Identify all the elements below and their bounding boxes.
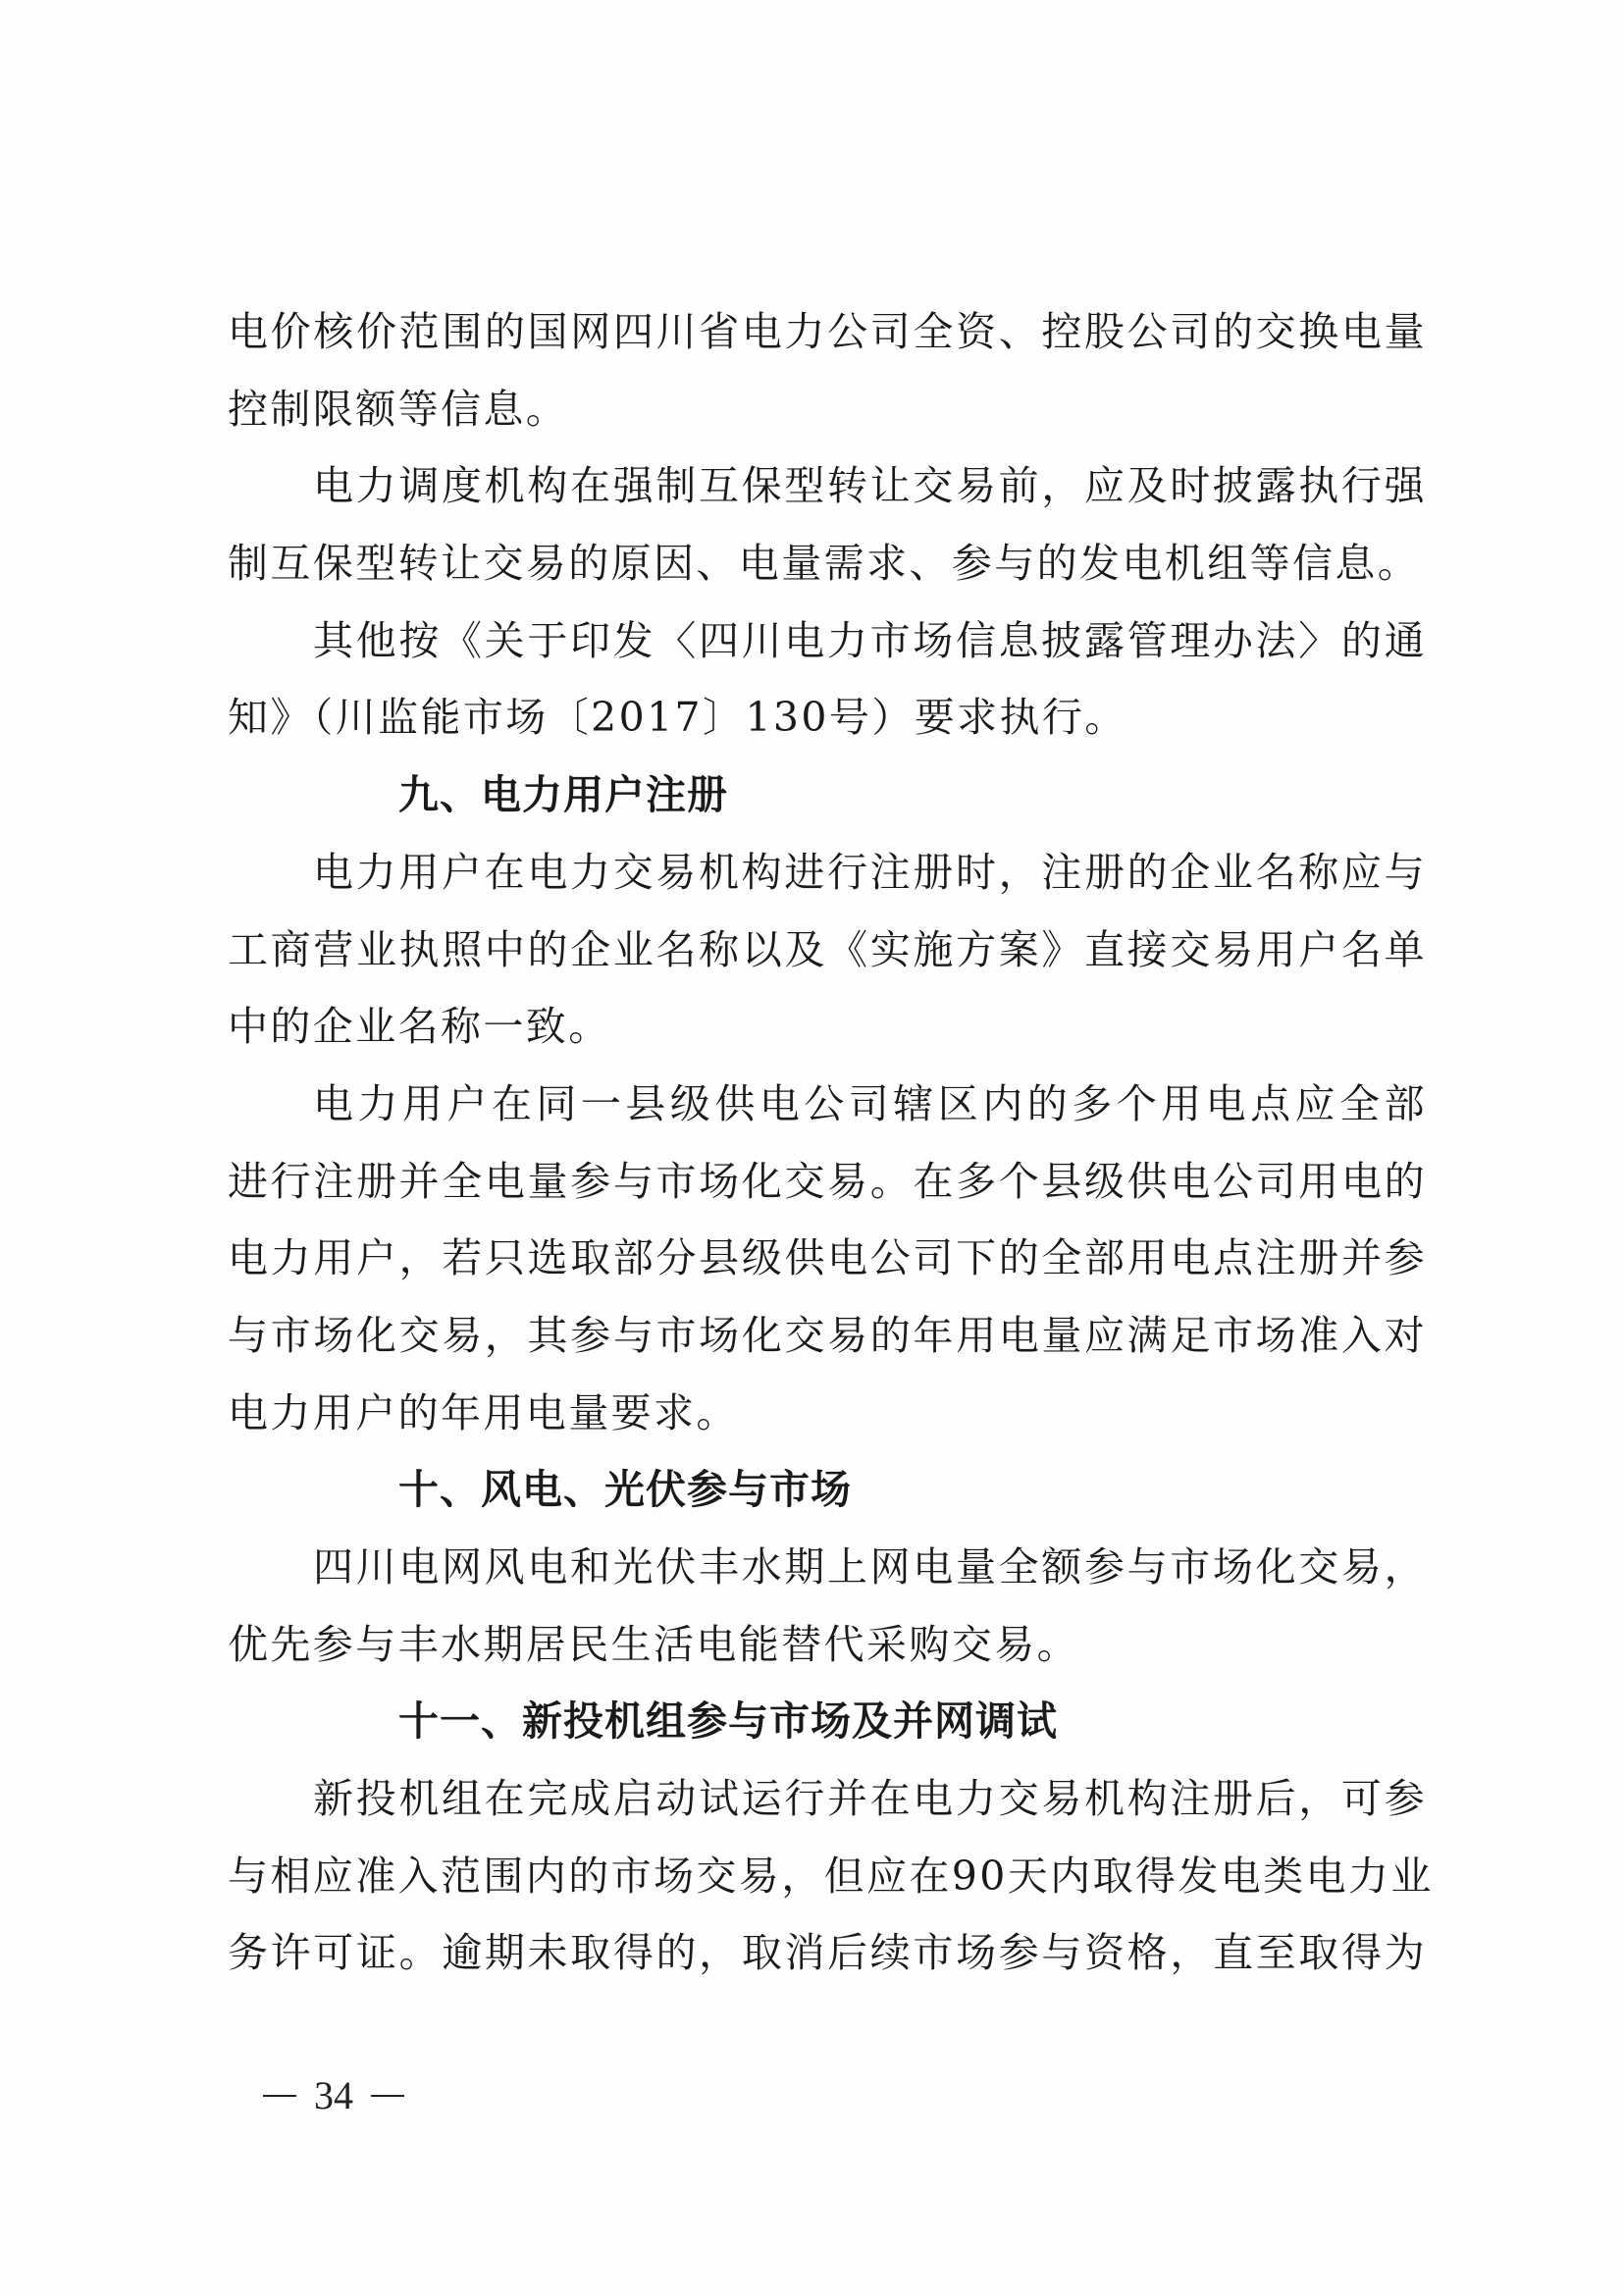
text-line: 知》（川监能市场〔2017〕130号）要求执行。 [228,679,1427,757]
heading-text: 十一、新投机组参与市场及并网调试 [228,1683,1427,1760]
heading-text: 九、电力用户注册 [228,757,1427,834]
text-line: 与市场化交易，其参与市场化交易的年用电量应满足市场准入对 [228,1297,1427,1375]
dash-right-icon [371,2095,404,2097]
text-line: 进行注册并全电量参与市场化交易。在多个县级供电公司用电的 [228,1143,1427,1221]
text-line: 电价核价范围的国网四川省电力公司全资、控股公司的交换电量 [228,293,1427,371]
text-line: 控制限额等信息。 [228,371,1427,448]
text-line: 电力调度机构在强制互保型转让交易前，应及时披露执行强 [228,447,1427,525]
text-line: 电力用户在同一县级供电公司辖区内的多个用电点应全部 [228,1066,1427,1143]
section-heading-10: 十、风电、光伏参与市场 [228,1451,1427,1529]
section-heading-9: 九、电力用户注册 [228,757,1427,834]
text-line: 工商营业执照中的企业名称以及《实施方案》直接交易用户名单 [228,912,1427,989]
section-heading-11: 十一、新投机组参与市场及并网调试 [228,1683,1427,1760]
text-line: 电力用户，若只选取部分县级供电公司下的全部用电点注册并参 [228,1220,1427,1297]
document-body: 电价核价范围的国网四川省电力公司全资、控股公司的交换电量 控制限额等信息。 电力… [228,293,1427,1992]
text-line: 制互保型转让交易的原因、电量需求、参与的发电机组等信息。 [228,525,1427,602]
dash-left-icon [263,2095,296,2097]
page-number-value: 34 [314,2072,353,2118]
heading-text: 十、风电、光伏参与市场 [228,1451,1427,1529]
page-number: 34 [263,2072,404,2118]
text-line: 与相应准入范围内的市场交易，但应在90天内取得发电类电力业 [228,1838,1427,1915]
text-line: 中的企业名称一致。 [228,988,1427,1066]
document-page: 电价核价范围的国网四川省电力公司全资、控股公司的交换电量 控制限额等信息。 电力… [0,0,1623,2296]
text-line: 新投机组在完成启动试运行并在电力交易机构注册后，可参 [228,1760,1427,1838]
text-line: 其他按《关于印发〈四川电力市场信息披露管理办法〉的通 [228,602,1427,680]
text-line: 四川电网风电和光伏丰水期上网电量全额参与市场化交易， [228,1529,1427,1606]
text-line: 电力用户的年用电量要求。 [228,1375,1427,1452]
text-line: 务许可证。逾期未取得的，取消后续市场参与资格，直至取得为 [228,1914,1427,1992]
text-line: 电力用户在电力交易机构进行注册时，注册的企业名称应与 [228,834,1427,912]
text-line: 优先参与丰水期居民生活电能替代采购交易。 [228,1606,1427,1684]
